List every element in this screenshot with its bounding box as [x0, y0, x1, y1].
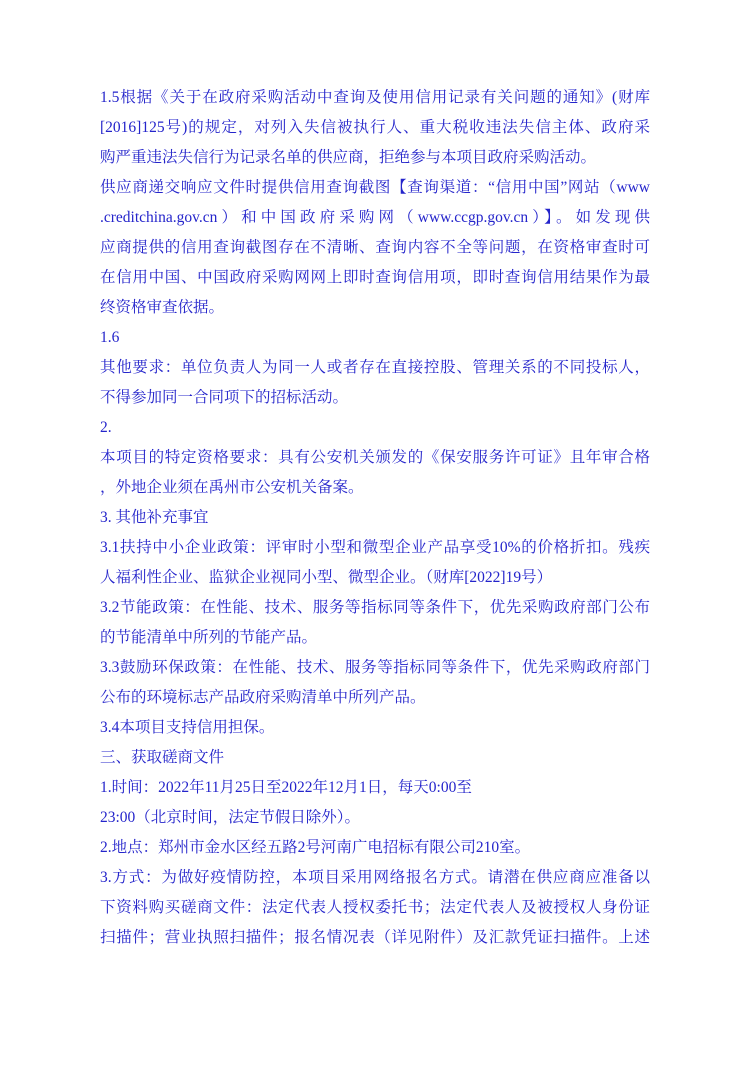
text-line: 公布的环境标志产品政府采购清单中所列产品。 — [100, 683, 650, 713]
text-line: 下资料购买磋商文件：法定代表人授权委托书；法定代表人及被授权人身份证 — [100, 893, 650, 923]
text-line: 3.2节能政策：在性能、技术、服务等指标同等条件下，优先采购政府部门公布 — [100, 593, 650, 623]
text-line: 人福利性企业、监狱企业视同小型、微型企业。（财库[2022]19号） — [100, 563, 650, 593]
text-line: 三、获取磋商文件 — [100, 743, 650, 773]
text-line: 本项目的特定资格要求：具有公安机关颁发的《保安服务许可证》且年审合格 — [100, 443, 650, 473]
text-line: 不得参加同一合同项下的招标活动。 — [100, 383, 650, 413]
text-line: 1.时间：2022年11月25日至2022年12月1日，每天0:00至 — [100, 773, 650, 803]
text-line: 1.5根据《关于在政府采购活动中查询及使用信用记录有关问题的通知》(财库 — [100, 83, 650, 113]
text-line: 3.4本项目支持信用担保。 — [100, 713, 650, 743]
text-line: 23:00（北京时间，法定节假日除外）。 — [100, 803, 650, 833]
text-line: 3. 其他补充事宜 — [100, 503, 650, 533]
text-line: 3.方式：为做好疫情防控，本项目采用网络报名方式。请潜在供应商应准备以 — [100, 863, 650, 893]
text-line: 扫描件；营业执照扫描件；报名情况表（详见附件）及汇款凭证扫描件。上述 — [100, 923, 650, 953]
text-line: 购严重违法失信行为记录名单的供应商，拒绝参与本项目政府采购活动。 — [100, 143, 650, 173]
text-line: 的节能清单中所列的节能产品。 — [100, 623, 650, 653]
text-line: 在信用中国、中国政府采购网网上即时查询信用项，即时查询信用结果作为最 — [100, 263, 650, 293]
text-line: 1.6 — [100, 323, 650, 353]
text-line: 终资格审查依据。 — [100, 293, 650, 323]
text-line: ，外地企业须在禹州市公安机关备案。 — [100, 473, 650, 503]
document-page: 1.5根据《关于在政府采购活动中查询及使用信用记录有关问题的通知》(财库[201… — [0, 0, 746, 1067]
text-line: 2.地点：郑州市金水区经五路2号河南广电招标有限公司210室。 — [100, 833, 650, 863]
document-body: 1.5根据《关于在政府采购活动中查询及使用信用记录有关问题的通知》(财库[201… — [100, 83, 650, 953]
text-line: 供应商递交响应文件时提供信用查询截图【查询渠道：“信用中国”网站（www — [100, 173, 650, 203]
text-line: 应商提供的信用查询截图存在不清晰、查询内容不全等问题，在资格审查时可 — [100, 233, 650, 263]
text-line: 3.3鼓励环保政策：在性能、技术、服务等指标同等条件下，优先采购政府部门 — [100, 653, 650, 683]
text-line: 3.1扶持中小企业政策：评审时小型和微型企业产品享受10%的价格折扣。残疾 — [100, 533, 650, 563]
text-line: .creditchina.gov.cn）和中国政府采购网（www.ccgp.go… — [100, 203, 650, 233]
text-line: [2016]125号)的规定，对列入失信被执行人、重大税收违法失信主体、政府采 — [100, 113, 650, 143]
text-line: 2. — [100, 413, 650, 443]
text-line: 其他要求：单位负责人为同一人或者存在直接控股、管理关系的不同投标人， — [100, 353, 650, 383]
